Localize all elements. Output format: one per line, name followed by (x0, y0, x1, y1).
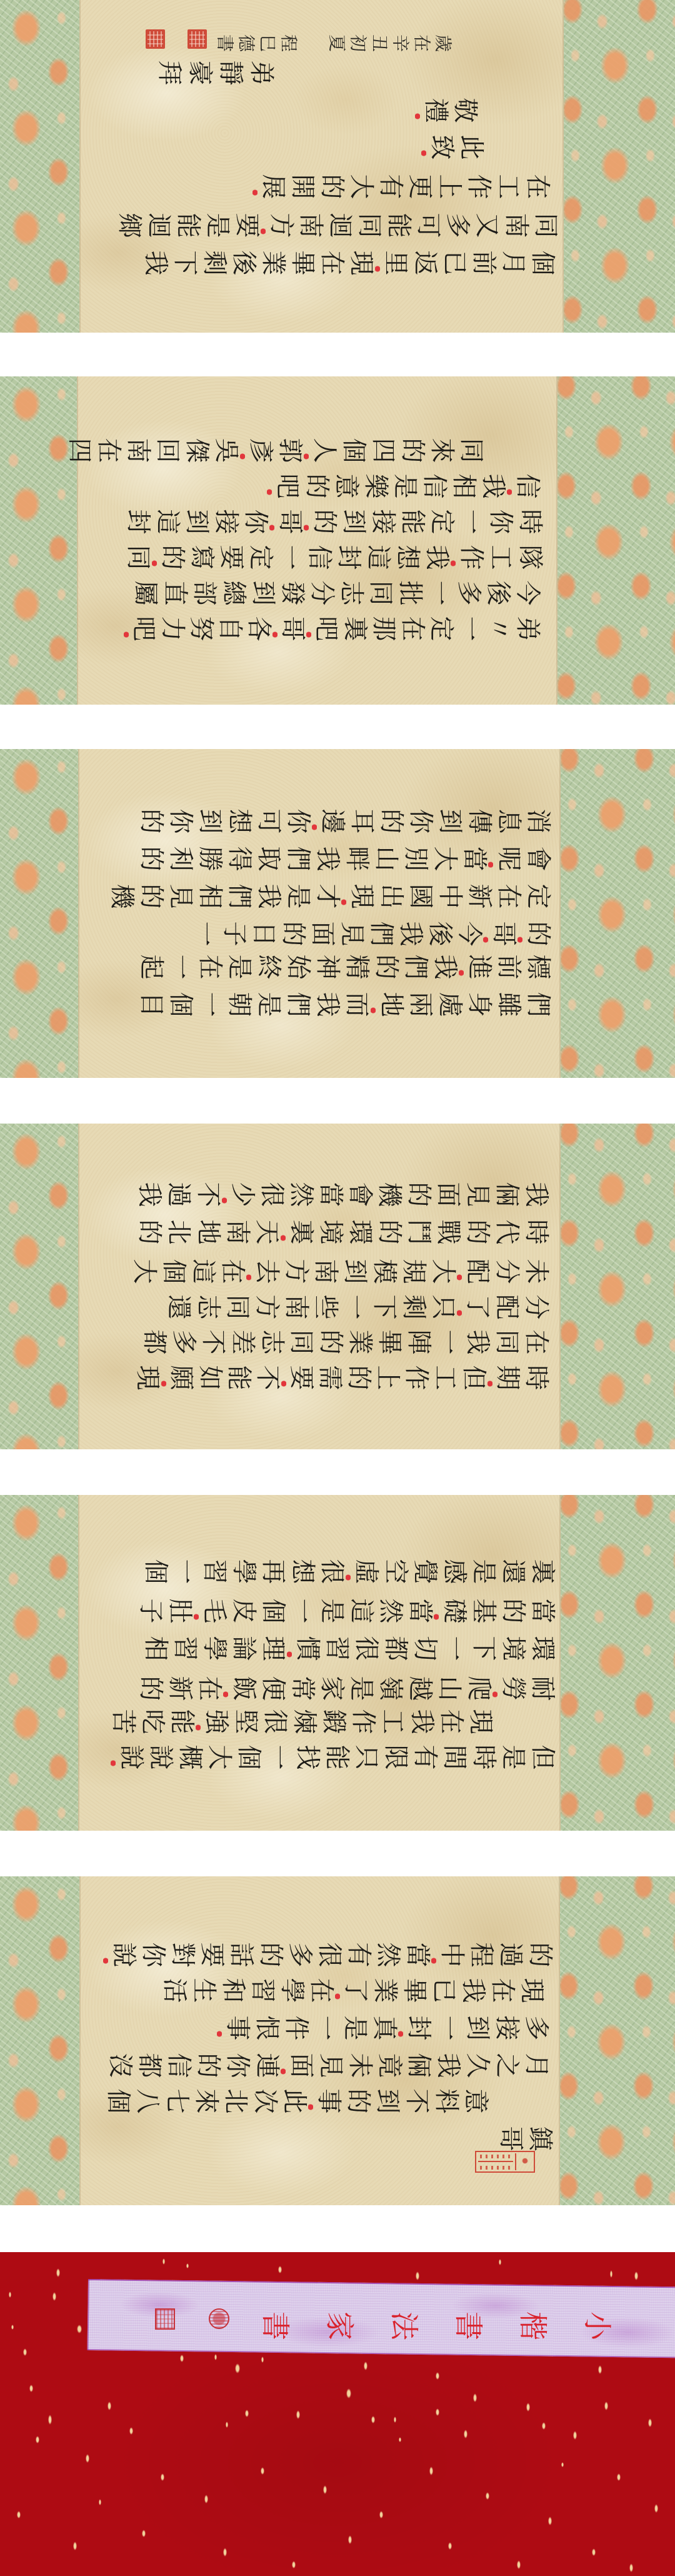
punctuation-dot-icon (312, 807, 317, 832)
calligraphy-line: 信我相信是樂意的吧 (267, 471, 541, 496)
punctuation-dot-icon (261, 211, 266, 236)
calligraphy-line: 們雖身處兩地而我們是朝一個目 (136, 990, 552, 1015)
salutation: 鎮哥 (495, 2124, 554, 2149)
banner-title: 小楷書法家書 (226, 2310, 612, 2338)
punctuation-dot-icon (487, 1363, 492, 1388)
calligraphy-line: 但是時間有限只能找一個大概說說 (111, 1743, 556, 1768)
punctuation-dot-icon (217, 2013, 222, 2038)
calligraphy-line: 的哥今後我們見面的日子一 (189, 919, 552, 944)
brocade-border-right (560, 1876, 675, 2205)
punctuation-dot-icon (341, 882, 346, 907)
title-backdrop: 小楷書法家書 (0, 2252, 675, 2576)
punctuation-dot-icon (451, 543, 456, 568)
calligraphy-line: 個月前已返里現在畢業後剩下我 (140, 248, 556, 273)
brocade-border-right (557, 376, 675, 705)
punctuation-dot-icon (457, 1257, 462, 1282)
punctuation-dot-icon (335, 1976, 340, 2001)
punctuation-dot-icon (281, 2051, 286, 2076)
brocade-border-right (561, 1495, 675, 1831)
calligraphy-line: 今後多一批同志分發到總部直屬 (130, 578, 541, 603)
inscription-date: 歲在辛丑初夏 (325, 33, 452, 51)
calligraphy-line: 同來的四個人郭彥吳傑回南在四 (64, 436, 485, 461)
scroll-panel-6: 鎮哥 意料不到的事此次北來七八個 月之久我倆竟未見面連你的信都沒 多接到一封真是… (0, 1876, 675, 2205)
calligraphy-line: 分配了只剩下一些南方同志還 (163, 1292, 550, 1317)
punctuation-dot-icon (483, 919, 488, 944)
scroll-panel-1: 個月前已返里現在畢業後剩下我 同南又多可能同迴南方要是能迴鄉 在工作上更有大的開… (0, 0, 675, 333)
punctuation-dot-icon (306, 614, 311, 639)
punctuation-dot-icon (103, 1940, 108, 1965)
seal-stamp-icon (475, 2151, 535, 2173)
scroll-panel-5: 但是時間有限只能找一個大概說說 現在我工作鍛煉很堅強能吃苦 耐勞爬山越嶺是家常便… (0, 1495, 675, 1831)
brocade-border-left (0, 749, 78, 1078)
brocade-border-left (0, 1495, 78, 1831)
calligraphy-line: 在同我一陣畢業的同志差不多都 (139, 1327, 550, 1352)
punctuation-dot-icon (457, 1292, 462, 1317)
calligraphy-line: 同南又多可能同迴南方要是能迴鄉 (114, 211, 559, 236)
brocade-border-left (0, 0, 79, 333)
paper-surface (78, 1124, 561, 1449)
punctuation-dot-icon (517, 919, 522, 944)
paper-surface (79, 0, 564, 333)
brocade-border-left (0, 376, 77, 705)
calligraphy-line: 標前進我們的精神始終是在一起 (136, 952, 552, 977)
punctuation-dot-icon (507, 471, 512, 496)
punctuation-dot-icon (124, 614, 129, 639)
punctuation-dot-icon (222, 1180, 227, 1205)
calligraphy-line: 裏還是感覺空虛很想再學習一個 (140, 1557, 556, 1582)
scroll-panel-4: 時期但工作上的需要不能如願現 在同我一陣畢業的同志差不多都 分配了只剩下一些南方… (0, 1124, 675, 1449)
punctuation-dot-icon (434, 1596, 439, 1621)
punctuation-dot-icon (375, 248, 380, 273)
punctuation-dot-icon (398, 2013, 403, 2038)
punctuation-dot-icon (346, 1557, 351, 1582)
round-seal-icon (209, 2308, 229, 2329)
calligraphy-line: 多接到一封真是一件恨事 (217, 2013, 550, 2038)
punctuation-dot-icon (459, 952, 464, 977)
calligraphy-line: 時你一定能接到的哥你接到這封 (122, 507, 544, 532)
punctuation-dot-icon (281, 1217, 286, 1242)
punctuation-dot-icon (152, 543, 157, 568)
calligraphy-line: 隊工作我想這封信一定要寫的同 (122, 543, 544, 568)
punctuation-dot-icon (161, 1363, 166, 1388)
scroll-panel-3: 們雖身處兩地而我們是朝一個目 標前進我們的精神始終是在一起 的哥今後我們見面的日… (0, 749, 675, 1078)
punctuation-dot-icon (269, 507, 274, 532)
calligraphy-line: 現在我工作鍛煉很堅強能吃苦 (107, 1707, 494, 1732)
calligraphy-line: 定在新中國出現才是我們相見的機 (106, 882, 552, 907)
calligraphy-line: 月之久我倆竟未見面連你的信都沒 (104, 2051, 550, 2076)
calligraphy-line: 會呢當大別山畔我們取得勝利的 (136, 844, 552, 869)
calligraphy-line: 時期但工作上的需要不能如願現 (132, 1363, 550, 1388)
brocade-border-left (0, 1124, 78, 1449)
punctuation-dot-icon (194, 1596, 199, 1621)
calligraphy-line: 我倆見面的機會當然很少不過我 (134, 1180, 550, 1205)
calligraphy-line: 意料不到的事此次北來七八個 (102, 2086, 489, 2111)
punctuation-dot-icon (246, 1257, 251, 1282)
punctuation-dot-icon (196, 1707, 201, 1732)
paper-surface (78, 1495, 561, 1831)
punctuation-dot-icon (492, 1674, 497, 1699)
calligraphy-line: 環境下一切都很習慣理論學習相 (140, 1634, 556, 1659)
inscription-calligrapher: 程巳德書 (213, 33, 298, 51)
signature: 弟靜豪拜 (152, 58, 275, 83)
closing-salute: 敬禮 (415, 96, 479, 121)
punctuation-dot-icon (272, 614, 277, 639)
brocade-border-right (561, 749, 675, 1078)
brocade-border-right (564, 0, 675, 333)
closing-line: 此致 (421, 133, 485, 158)
calligraphy-line: 現在我已畢業了在學習和生活 (159, 1976, 546, 2001)
calligraphy-line: 時代的戰鬥的環境裏天南地北的 (134, 1217, 550, 1242)
brocade-border-right (561, 1124, 675, 1449)
brocade-border-left (0, 1876, 79, 2205)
seal-stamp-icon (187, 29, 207, 49)
scroll-panel-2: 弟〃一定在那裏吧哥各自努力吧 今後多一批同志分發到總部直屬 隊工作我想這封信一定… (0, 376, 675, 705)
calligraphy-line: 未分配大規模到南方去在這個大 (129, 1257, 550, 1282)
punctuation-dot-icon (415, 96, 420, 121)
calligraphy-line: 當的基礎當然這是一個皮毛肚子 (135, 1596, 556, 1621)
square-seal-icon (155, 2308, 175, 2330)
punctuation-dot-icon (488, 844, 493, 869)
seal-stamp-icon (146, 29, 165, 49)
calligraphy-line: 在工作上更有大的開展 (252, 172, 551, 197)
punctuation-dot-icon (304, 507, 309, 532)
punctuation-dot-icon (421, 133, 426, 158)
calligraphy-line: 耐勞爬山越嶺是家常便飯在新的 (135, 1674, 556, 1699)
punctuation-dot-icon (252, 172, 257, 197)
punctuation-dot-icon (287, 1634, 292, 1659)
punctuation-dot-icon (267, 471, 272, 496)
calligraphy-line: 消息傳到你的耳邊你可想到你的 (136, 807, 552, 832)
punctuation-dot-icon (304, 436, 309, 461)
punctuation-dot-icon (281, 1363, 286, 1388)
punctuation-dot-icon (431, 1940, 436, 1965)
calligraphy-line: 的過程中當然有很多的話要對你說 (103, 1940, 554, 1965)
punctuation-dot-icon (371, 990, 376, 1015)
punctuation-dot-icon (223, 1674, 228, 1699)
punctuation-dot-icon (111, 1743, 116, 1768)
paper-surface (78, 749, 561, 1078)
punctuation-dot-icon (240, 436, 245, 461)
calligraphy-line: 弟〃一定在那裏吧哥各自努力吧 (124, 614, 541, 639)
punctuation-dot-icon (308, 2086, 313, 2111)
